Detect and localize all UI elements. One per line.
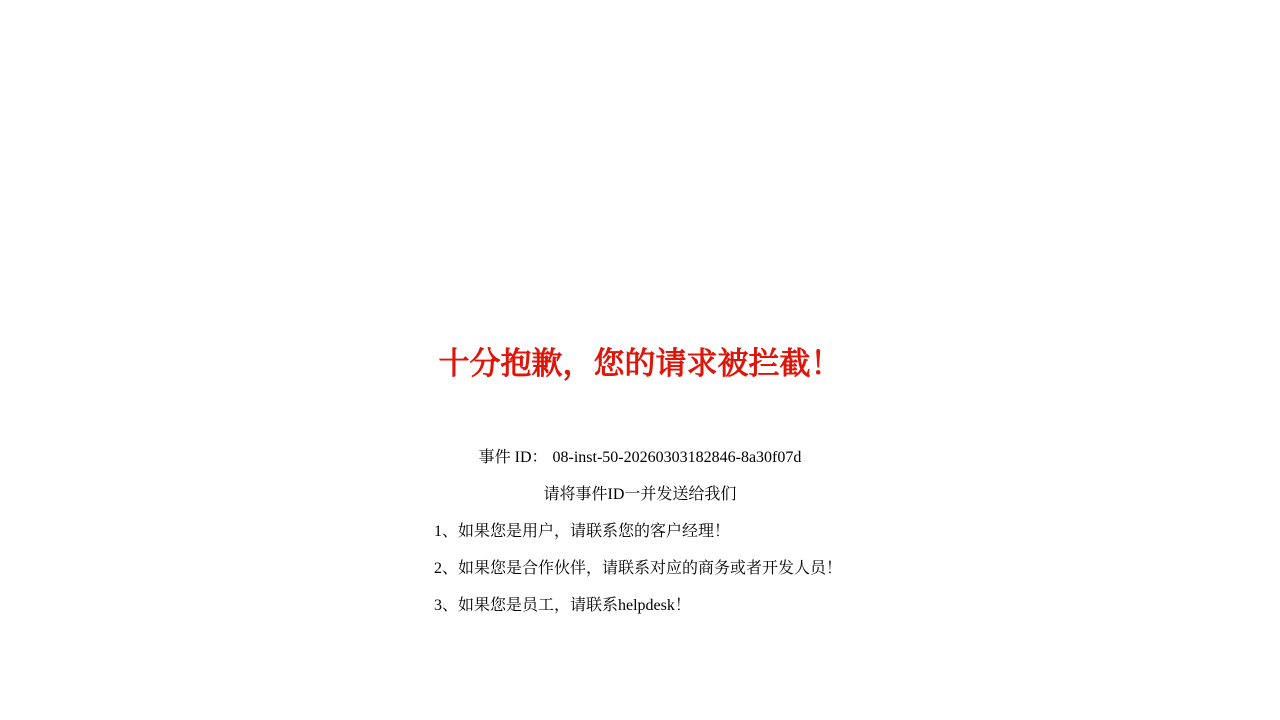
contact-item-employee: 3、如果您是员工，请联系helpdesk！ xyxy=(434,587,846,624)
error-title: 十分抱歉，您的请求被拦截！ xyxy=(434,345,846,383)
error-body: 事件 ID：08-inst-50-20260303182846-8a30f07d… xyxy=(434,439,846,624)
contact-item-user: 1、如果您是用户，请联系您的客户经理！ xyxy=(434,513,846,550)
event-id-value: 08-inst-50-20260303182846-8a30f07d xyxy=(553,449,802,466)
blocked-request-notice: 十分抱歉，您的请求被拦截！ 事件 ID：08-inst-50-202603031… xyxy=(434,0,846,624)
blocked-request-page: 十分抱歉，您的请求被拦截！ 事件 ID：08-inst-50-202603031… xyxy=(0,0,1280,720)
send-instruction: 请将事件ID一并发送给我们 xyxy=(434,476,846,513)
contact-item-partner: 2、如果您是合作伙伴，请联系对应的商务或者开发人员！ xyxy=(434,550,846,587)
event-id-line: 事件 ID：08-inst-50-20260303182846-8a30f07d xyxy=(434,439,846,476)
event-id-label: 事件 ID： xyxy=(479,449,548,466)
